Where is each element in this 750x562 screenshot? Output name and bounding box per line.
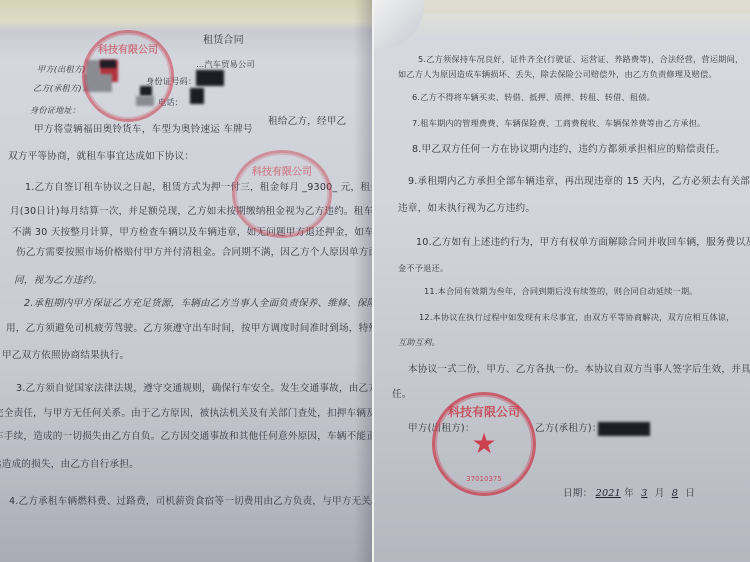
clause-10-line: 10.乙方如有上述违约行为，甲方有权单方面解除合同并收回车辆，服务费以及租、押: [416, 237, 750, 249]
clause-12-line: 互助互利。: [398, 336, 440, 348]
clause-7-line: 7.租车期内的管理费费、车辆保险费、工商费税收、车辆保养费等由乙方承担。: [412, 117, 705, 129]
redaction-block: [190, 88, 204, 104]
paper-background-edge: [420, 0, 750, 14]
clause-3-line: 完全责任，与甲方无任何关系。由于乙方原因，被执法机关及有关部门查处，扣押车辆及行: [0, 408, 372, 420]
redaction-block: [598, 422, 650, 436]
date-day: 8: [668, 488, 682, 499]
clause-2-line: 甲乙双方依照协商结果执行。: [2, 350, 129, 362]
clause-5-line: 5.乙方须保持车况良好，证件齐全(行驶证、运营证、养路费等)，合法经营，营运期间…: [418, 53, 743, 65]
party-a-value: …汽车贸易公司: [196, 58, 255, 70]
clause-4-line: 4.乙方承租车辆燃料费、过路费，司机薪资食宿等一切费用由乙方负责，与甲方无关。: [9, 496, 372, 508]
signature-party-b-label: 乙方(承租方)：: [535, 423, 602, 435]
day-suffix: 日: [685, 488, 695, 499]
contract-page-left: 租赁合同 甲方(出租方)： …汽车贸易公司 乙方(承租方)： 身份证号码： 电话…: [0, 0, 372, 562]
clause-3-line: 车手续，造成的一切损失由乙方自负。乙方因交通事故和其他任何意外原因，车辆不能正常: [0, 431, 372, 443]
contract-page-right: 5.乙方须保持车况良好，证件齐全(行驶证、运营证、养路费等)，合法经营，营运期间…: [374, 0, 750, 562]
seal-code: 37010375: [435, 475, 533, 483]
clause-11-line: 11.本合同有效期为叁年，合同到期后没有续签的，则合同自动延续一期。: [424, 285, 698, 297]
clause-1-line: 伤乙方需要按照市场价格赔付甲方并付清租金。合同期不满，因乙方个人原因单方面终止合: [16, 247, 372, 259]
closing-line: 本协议一式二份，甲方、乙方各执一份。本协议自双方当事人签字后生效，并具法律责: [408, 364, 750, 376]
clause-6-line: 6.乙方不得将车辆买卖、转借、抵押、质押、转租、转借、租债。: [412, 91, 655, 103]
contract-title: 租赁合同: [203, 35, 244, 47]
clause-1-line: 不满 30 天按整月计算，甲方检查车辆以及车辆违章，如无问题甲方退还押金，如车辆…: [12, 227, 372, 239]
date-label: 日期：: [563, 488, 592, 499]
clause-9-line: 9.承租期内乙方承担全部车辆违章，再出现违章的 15 天内，乙方必须去有关部门消…: [408, 176, 750, 188]
id-address-label: 身份证地址：: [30, 104, 80, 116]
clause-8-line: 8.甲乙双方任何一方在协议期内违约，违约方都须承担相应的赔偿责任。: [412, 144, 725, 156]
company-seal-middle: 科技有限公司: [232, 150, 332, 238]
company-seal-top: 科技有限公司: [82, 30, 174, 122]
clause-3-line: 3.乙方须自觉国家法律法规，遵守交通规则，确保行车安全。发生交通事故，由乙方负: [16, 383, 372, 395]
intro-line: 双方平等协商，就租车事宜达成如下协议：: [8, 151, 194, 163]
month-suffix: 月: [655, 488, 665, 499]
redaction-block: [196, 70, 224, 86]
clause-2-line: 用，乙方须避免司机疲劳驾驶。乙方须遵守出车时间，按甲方调度时间准时到场，特殊情况…: [6, 323, 372, 335]
date-year: 2021: [596, 488, 621, 499]
date-field: 日期： 2021 年 3 月 8 日: [563, 488, 695, 500]
clause-2-line: 2.承租期内甲方保证乙方充足货源，车辆由乙方当事人全面负责保养、维修、保险等费: [24, 298, 372, 310]
clause-9-line: 违章，如未执行视为乙方违约。: [398, 203, 535, 215]
clause-1-line: 同，视为乙方违约。: [14, 275, 102, 287]
year-suffix: 年: [624, 488, 634, 499]
intro-line: 甲方将壹辆福田奥铃货车，车型为奥铃速运 车牌号: [34, 124, 253, 136]
clause-5-line: 如乙方人为原因造成车辆损坏、丢失，除去保险公司赔偿外，由乙方负责修理及赔偿。: [398, 68, 717, 80]
closing-line: 任。: [392, 389, 412, 401]
clause-3-line: 运造成的损失，由乙方自行承担。: [0, 459, 139, 471]
company-seal-bottom: 科技有限公司 ★ 37010375: [432, 392, 536, 496]
intro-line: 租给乙方，经甲乙: [268, 116, 346, 128]
clause-12-line: 12.本协议在执行过程中如发现有未尽事宜，由双方平等协商解决，双方应相互体谅，: [419, 311, 735, 323]
party-b-label: 乙方(承租方)：: [33, 82, 90, 94]
star-icon: ★: [471, 430, 496, 458]
clause-10-line: 金不予退还。: [398, 262, 448, 274]
date-month: 3: [637, 488, 651, 499]
